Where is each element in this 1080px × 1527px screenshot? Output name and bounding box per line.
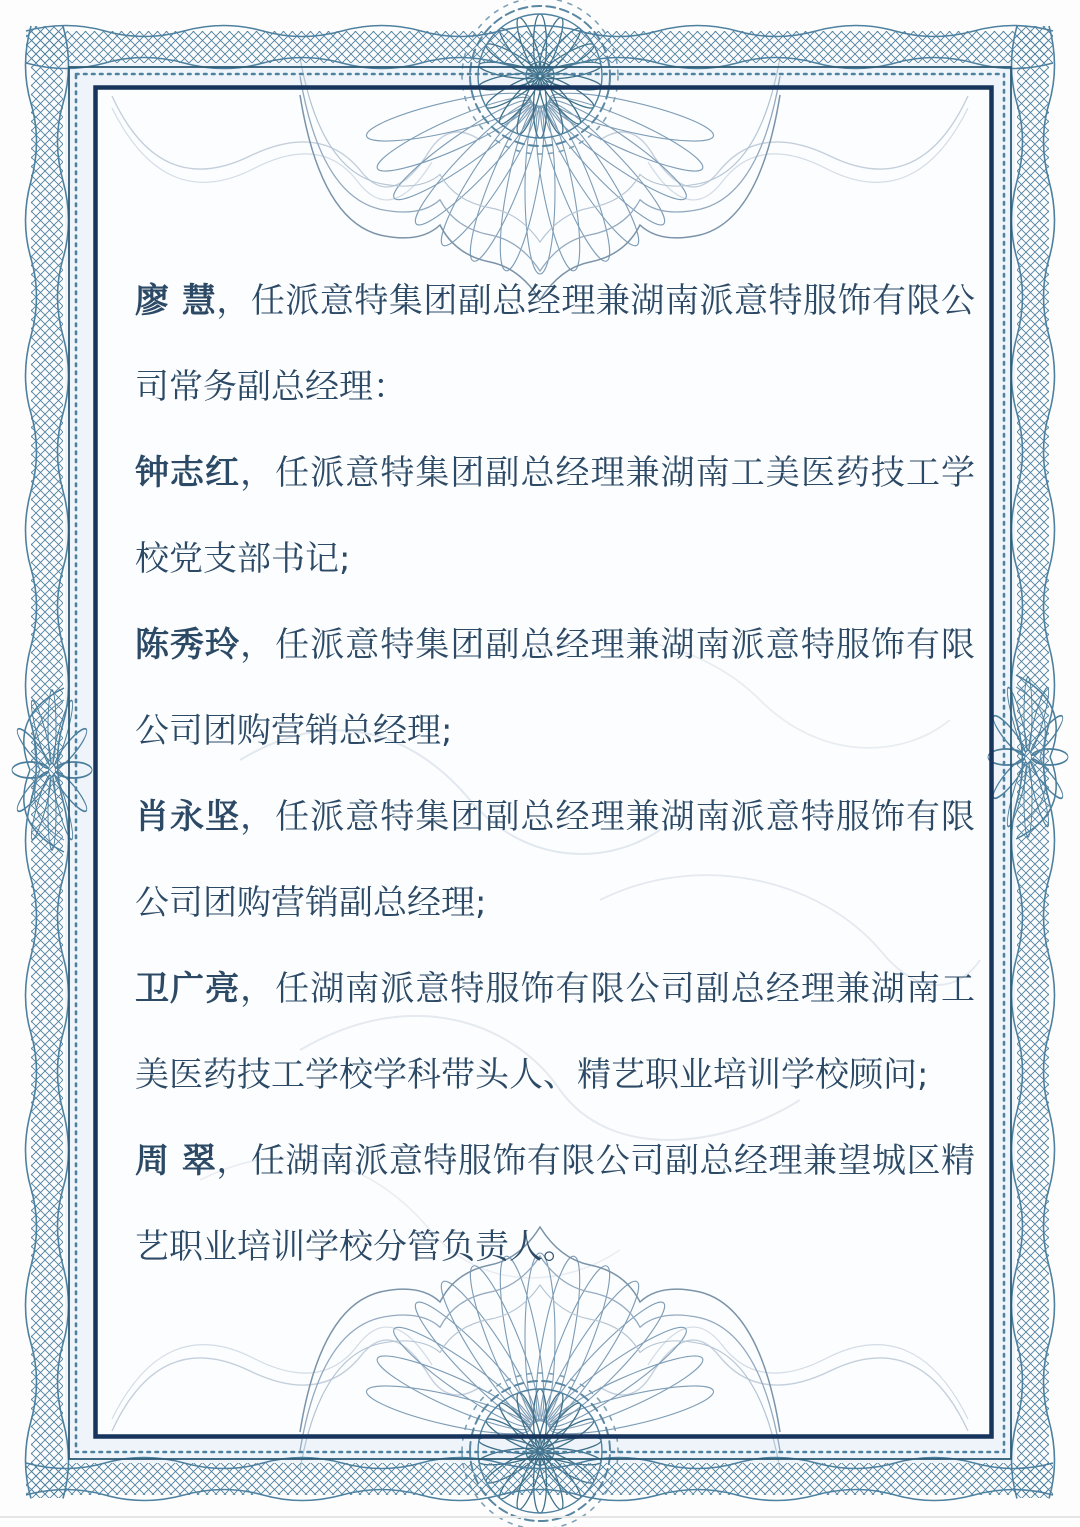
appointment-paragraph: 钟志红，任派意特集团副总经理兼湖南工美医药技工学校党支部书记; bbox=[135, 430, 975, 602]
appointment-paragraph: 卫广亮，任湖南派意特服饰有限公司副总经理兼湖南工美医药技工学校学科带头人、精艺职… bbox=[135, 946, 975, 1118]
appointment-text: ，任派意特集团副总经理兼湖南派意特服饰有限公司常务副总经理： bbox=[135, 281, 975, 407]
person-name: 陈秀玲 bbox=[135, 625, 240, 665]
person-name: 钟志红 bbox=[135, 453, 240, 493]
appointment-paragraph: 肖永坚，任派意特集团副总经理兼湖南派意特服饰有限公司团购营销副总经理; bbox=[135, 774, 975, 946]
person-name: 卫广亮 bbox=[135, 969, 240, 1009]
appointment-text: ，任派意特集团副总经理兼湖南工美医药技工学校党支部书记; bbox=[135, 453, 975, 579]
appointment-text: ，任湖南派意特服饰有限公司副总经理兼湖南工美医药技工学校学科带头人、精艺职业培训… bbox=[135, 969, 975, 1095]
appointment-text: ，任派意特集团副总经理兼湖南派意特服饰有限公司团购营销总经理; bbox=[135, 625, 975, 751]
appointment-text: ，任派意特集团副总经理兼湖南派意特服饰有限公司团购营销副总经理; bbox=[135, 797, 975, 923]
photo-edge bbox=[0, 1516, 1080, 1518]
appointment-list: 廖 慧，任派意特集团副总经理兼湖南派意特服饰有限公司常务副总经理： 钟志红，任派… bbox=[135, 258, 975, 1290]
person-name: 廖 慧 bbox=[135, 281, 216, 321]
appointment-paragraph: 廖 慧，任派意特集团副总经理兼湖南派意特服饰有限公司常务副总经理： bbox=[135, 258, 975, 430]
person-name: 肖永坚 bbox=[135, 797, 240, 837]
person-name: 周 翠 bbox=[135, 1141, 216, 1181]
appointment-paragraph: 陈秀玲，任派意特集团副总经理兼湖南派意特服饰有限公司团购营销总经理; bbox=[135, 602, 975, 774]
appointment-text: ，任湖南派意特服饰有限公司副总经理兼望城区精艺职业培训学校分管负责人。 bbox=[135, 1141, 975, 1267]
certificate-page: 廖 慧，任派意特集团副总经理兼湖南派意特服饰有限公司常务副总经理： 钟志红，任派… bbox=[0, 0, 1080, 1527]
appointment-paragraph: 周 翠，任湖南派意特服饰有限公司副总经理兼望城区精艺职业培训学校分管负责人。 bbox=[135, 1118, 975, 1290]
